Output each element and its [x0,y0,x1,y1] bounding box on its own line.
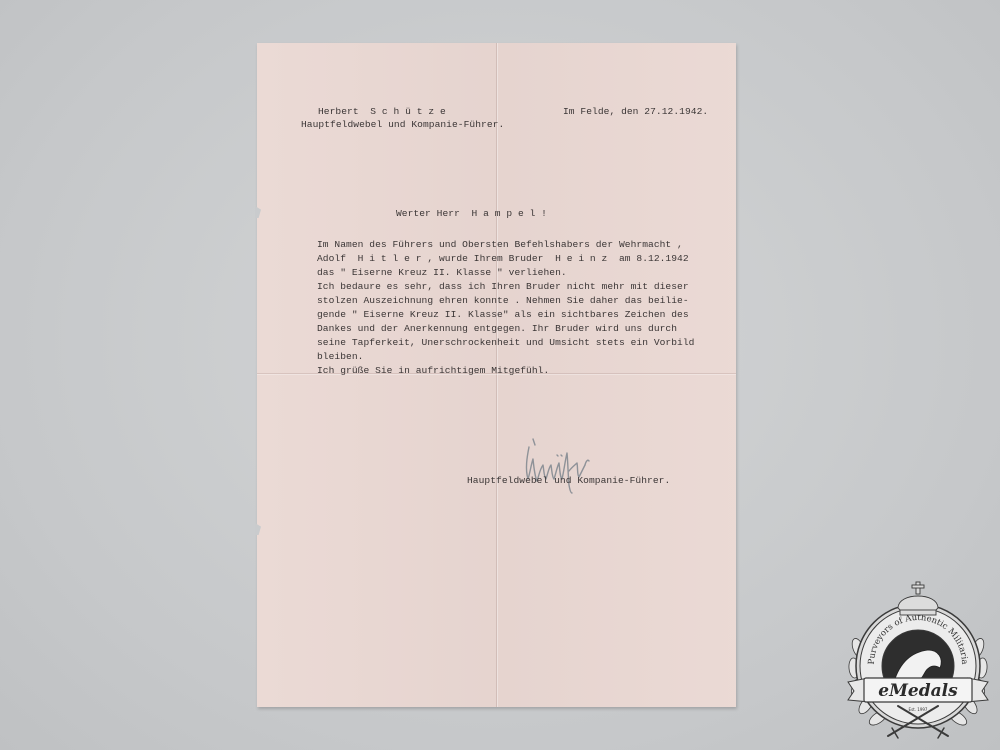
established-text: Est. 1997 [909,707,928,712]
body-line: Ich grüße Sie in aufrichtigem Mitgefühl. [317,364,549,377]
body-line: Ich bedaure es sehr, dass ich Ihren Brud… [317,280,689,293]
closing-title: Hauptfeldwebel und Kompanie-Führer. [467,474,670,487]
body-line: bleiben. [317,350,363,363]
body-line: seine Tapferkeit, Unerschrockenheit und … [317,336,694,349]
sender-name: Herbert S c h ü t z e [318,105,446,118]
body-line: das " Eiserne Kreuz II. Klasse " verlieh… [317,266,567,279]
salutation: Werter Herr H a m p e l ! [396,207,547,220]
letter-paper: Herbert S c h ü t z e Hauptfeldwebel und… [257,43,736,707]
crown-icon [898,582,938,615]
emedals-watermark-logo: Purveyors of Authentic Militaria eMedals… [842,578,994,743]
ribbon-banner: eMedals [848,678,988,702]
edge-tear [255,523,261,535]
body-line: Dankes und der Anerkennung entgegen. Ihr… [317,322,677,335]
edge-tear [255,206,261,218]
body-line: Im Namen des Führers und Obersten Befehl… [317,238,683,251]
place-date: Im Felde, den 27.12.1942. [563,105,708,118]
sender-title: Hauptfeldwebel und Kompanie-Führer. [301,118,504,131]
body-line: Adolf H i t l e r , wurde Ihrem Bruder H… [317,252,689,265]
body-line: stolzen Auszeichnung ehren konnte . Nehm… [317,294,689,307]
body-line: gende " Eiserne Kreuz II. Klasse" als ei… [317,308,689,321]
brand-name: eMedals [878,681,958,701]
